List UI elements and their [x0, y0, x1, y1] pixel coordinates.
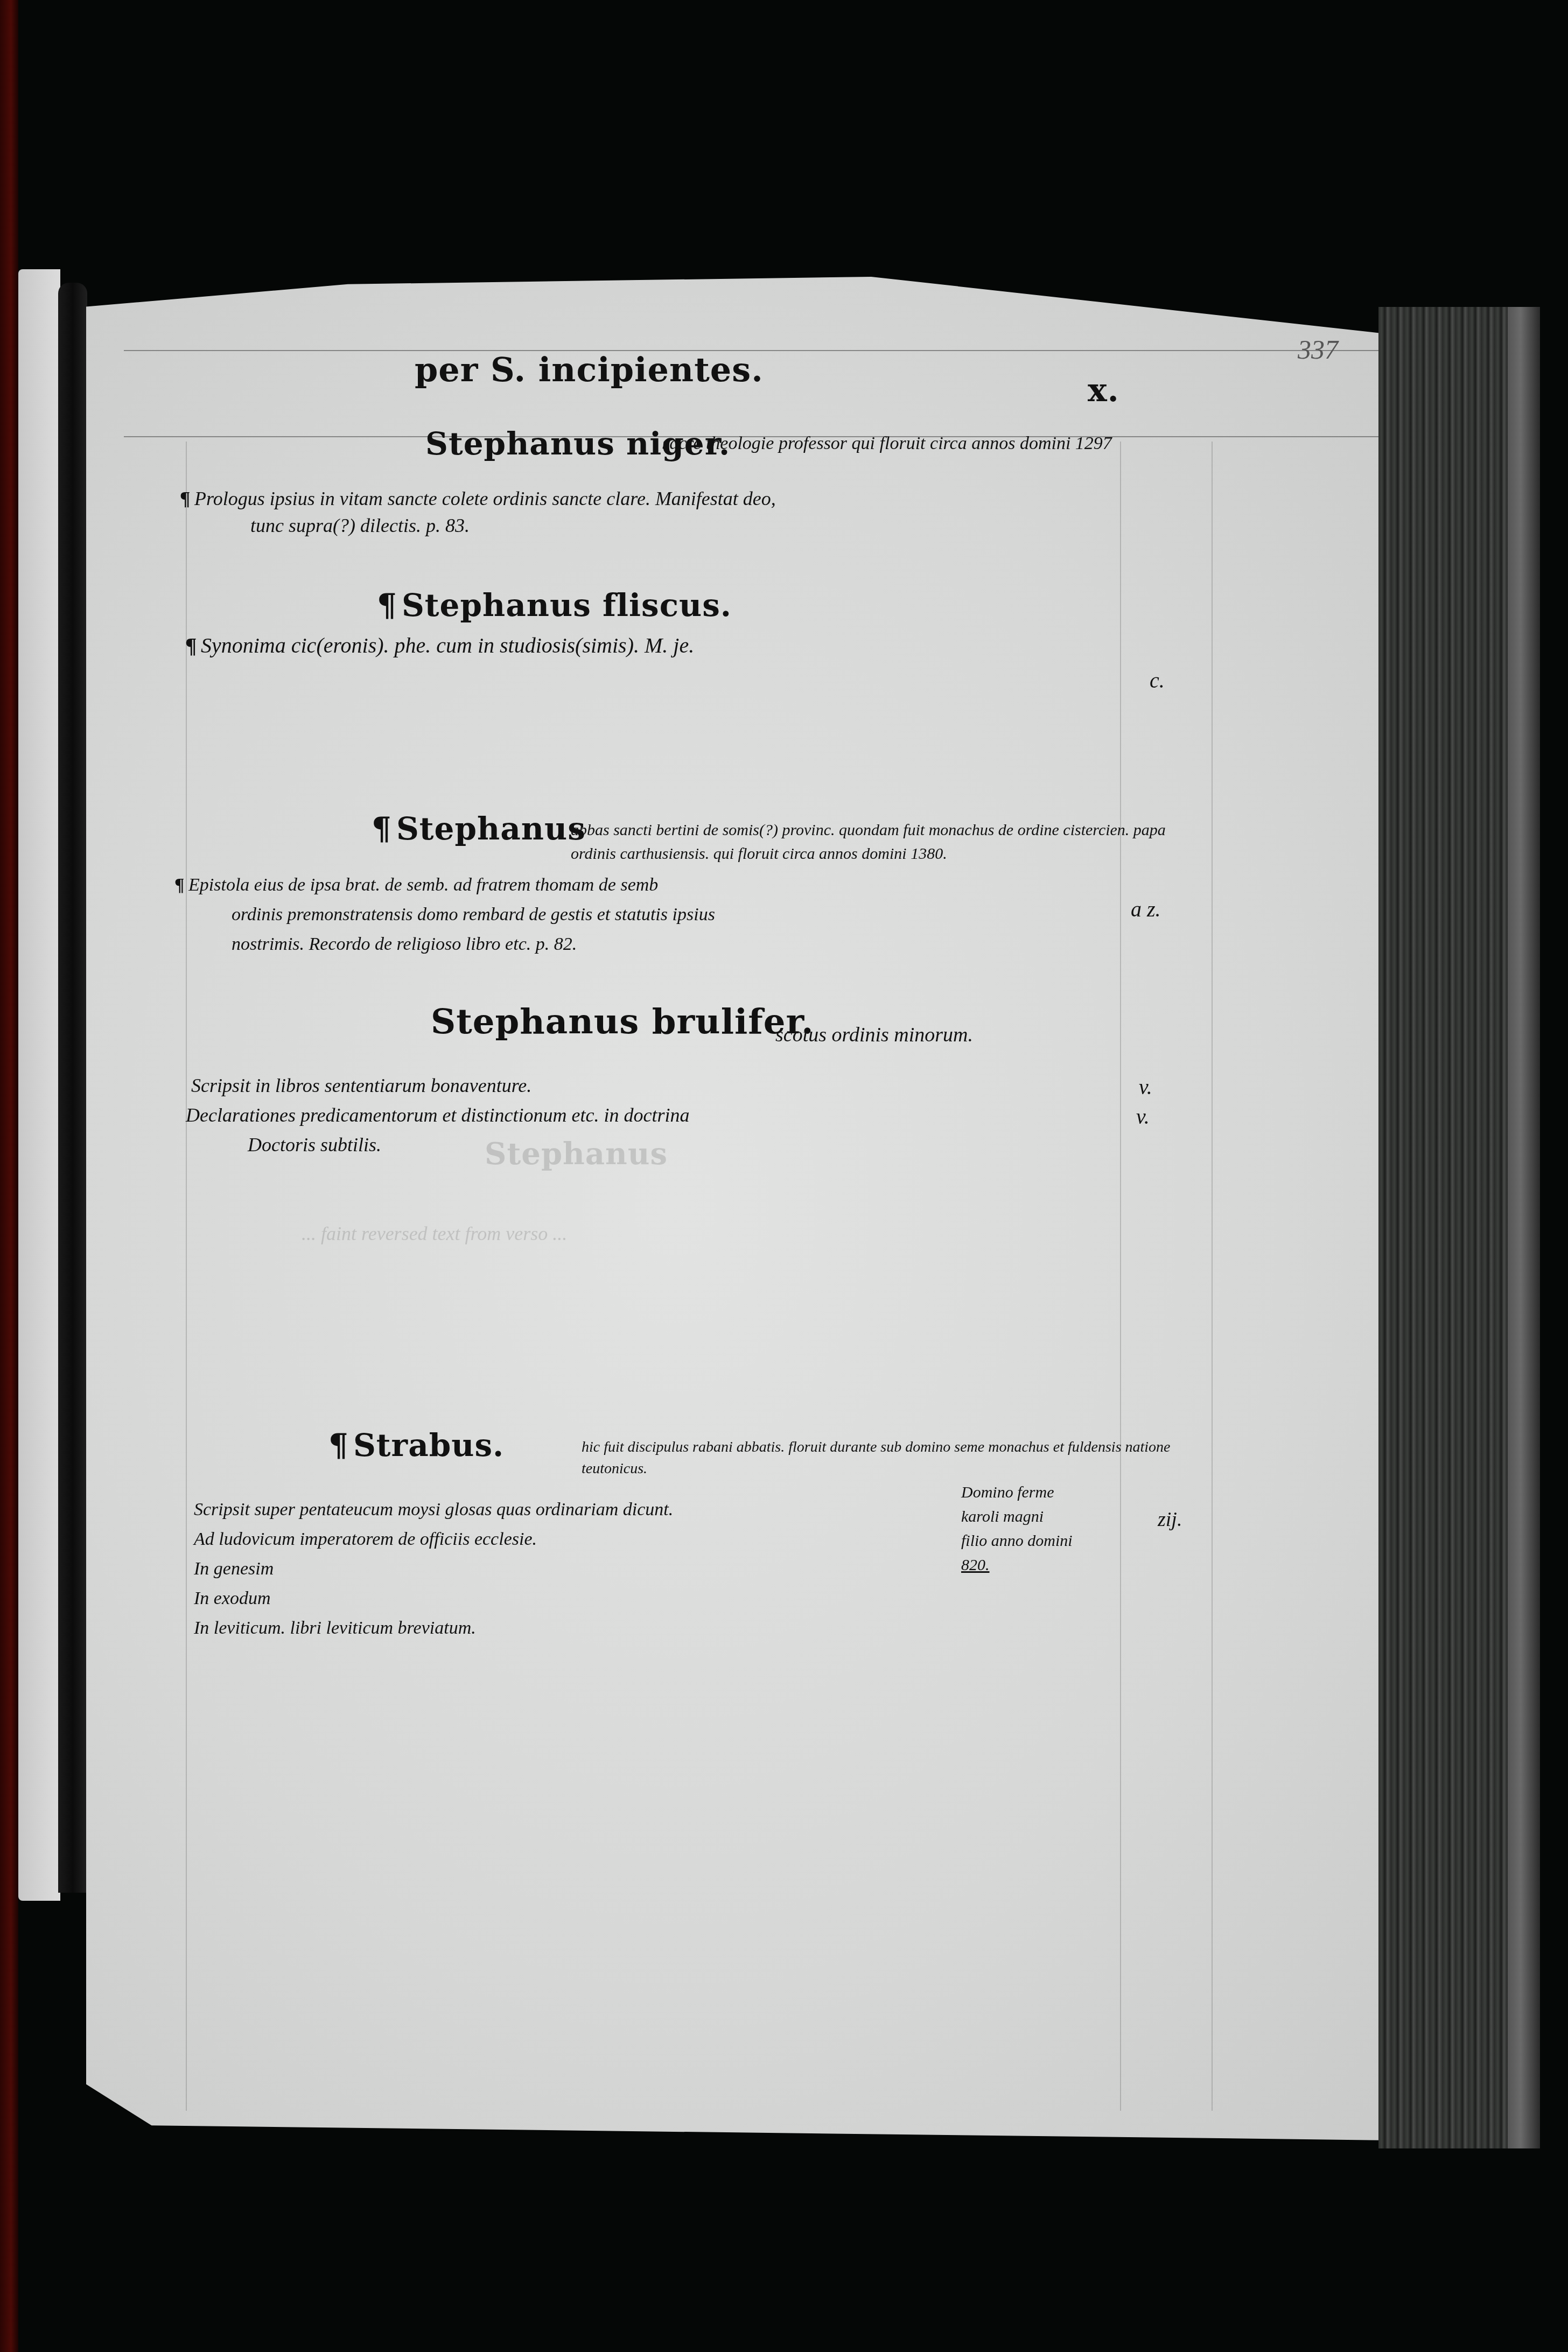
entry-5-note: hic fuit discipulus rabani abbatis. flor… — [582, 1437, 1174, 1480]
entry-5-line-3: In genesim — [194, 1559, 274, 1579]
entry-4-note: scotus ordinis minorum. — [775, 1023, 973, 1047]
previous-page-edge — [18, 269, 60, 1901]
entry-4-siglum-2: v. — [1136, 1104, 1150, 1129]
entry-4-line-3: Doctoris subtilis. — [248, 1133, 381, 1156]
manuscript-page — [86, 269, 1395, 2140]
entry-5-margin-4: 820. — [961, 1556, 990, 1574]
entry-3-line-2: ordinis premonstratensis domo rembard de… — [232, 905, 715, 925]
book-gutter — [58, 283, 87, 1893]
entry-5-siglum: zij. — [1158, 1508, 1182, 1531]
pilcrow-icon: ¶ — [372, 810, 392, 847]
entry-2-name: ¶Stephanus fliscus. — [377, 587, 732, 624]
entry-3-line-3: nostrimis. Recordo de religioso libro et… — [232, 934, 577, 955]
entry-5-margin-3: filio anno domini — [961, 1532, 1073, 1550]
pilcrow-icon: ¶ — [180, 488, 190, 509]
entry-4-line-1: Scripsit in libros sententiarum bonavent… — [191, 1074, 531, 1097]
ruling-line-right — [1212, 442, 1213, 2111]
entry-1-line-1: ¶Prologus ipsius in vitam sancte colete … — [180, 487, 776, 510]
entry-5-line-2: Ad ludovicum imperatorem de officiis ecc… — [194, 1529, 537, 1550]
pilcrow-icon: ¶ — [186, 633, 197, 657]
ruling-line-mid — [1120, 442, 1121, 2111]
pilcrow-icon: ¶ — [377, 587, 397, 624]
entry-2-siglum: c. — [1150, 668, 1165, 693]
entry-3-line-1: ¶Epistola eius de ipsa brat. de semb. ad… — [175, 875, 658, 895]
show-through-text: ... faint reversed text from verso ... — [302, 1222, 567, 1245]
entry-5-line-4: In exodum — [194, 1588, 271, 1609]
pilcrow-icon: ¶ — [328, 1427, 349, 1464]
pilcrow-icon: ¶ — [175, 875, 184, 895]
entry-1-line-2: tunc supra(?) dilectis. p. 83. — [250, 514, 470, 537]
entry-4-siglum-1: v. — [1139, 1074, 1152, 1100]
book-fore-edge — [1378, 307, 1508, 2148]
show-through-heading: Stephanus — [485, 1136, 668, 1172]
entry-5-line-1: Scripsit super pentateucum moysi glosas … — [194, 1500, 673, 1520]
entry-5-line-5: In leviticum. libri leviticum breviatum. — [194, 1618, 476, 1639]
entry-1-note: sacre theologie professor qui floruit ci… — [662, 433, 1112, 454]
entry-3-siglum: a z. — [1131, 897, 1161, 922]
entry-3-note: abbas sancti bertini de somis(?) provinc… — [571, 818, 1174, 866]
section-letter: x. — [1088, 372, 1119, 409]
red-background-strip — [0, 0, 18, 2352]
ruling-line-left — [186, 442, 187, 2111]
entry-5-margin-2: karoli magni — [961, 1508, 1044, 1526]
running-header: per S. incipientes. — [415, 350, 764, 389]
entry-5-margin-1: Domino ferme — [961, 1483, 1054, 1502]
folio-number: 337 — [1298, 334, 1338, 365]
entry-5-name: ¶Strabus. — [328, 1427, 504, 1464]
entry-3-name: ¶Stephanus — [372, 810, 586, 847]
entry-2-line-1: ¶Synonima cic(eronis). phe. cum in studi… — [186, 633, 694, 658]
entry-4-name: Stephanus brulifer. — [431, 1002, 814, 1042]
entry-4-line-2: Declarationes predicamentorum et distinc… — [186, 1104, 690, 1126]
